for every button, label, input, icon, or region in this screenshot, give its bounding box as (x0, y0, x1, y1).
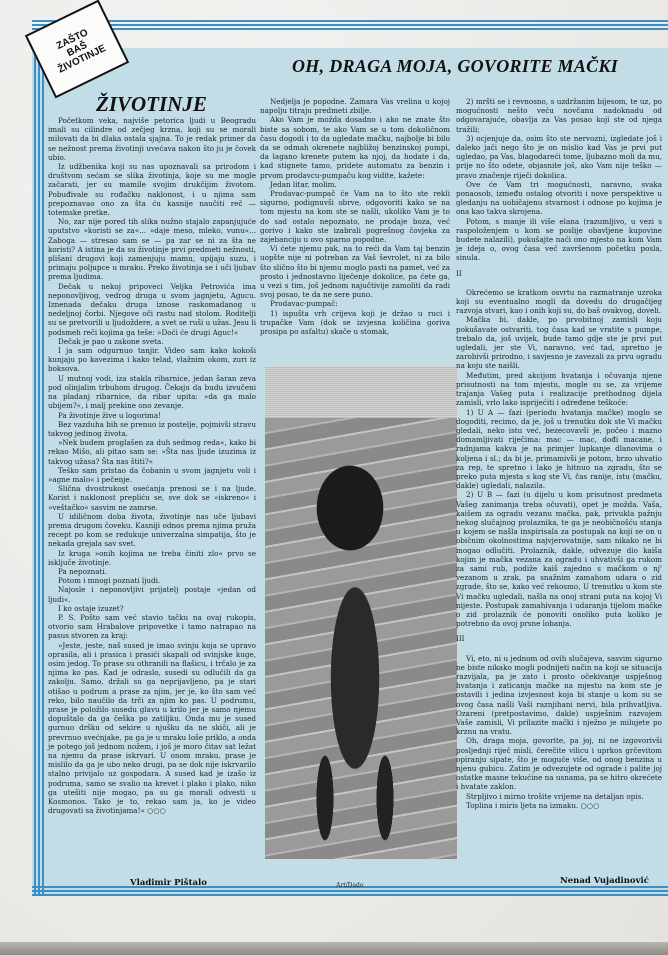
section-number: II (456, 269, 662, 278)
paragraph: Najosle i neponovljivi prijatelj postaje… (48, 585, 256, 603)
paragraph: I ja sam odgurnuo tanjir. Video sam kako… (48, 346, 256, 374)
top-rule (32, 20, 668, 34)
page-bottom-edge (0, 942, 668, 955)
paragraph: Strpljivo i mirno trošite vrijeme na det… (456, 792, 662, 801)
paragraph: Oh, draga moja, govorite, pa joj, ni ne … (456, 736, 662, 791)
paragraph: 1) U A — fazi (periodu hvatanja mačke) m… (456, 408, 662, 491)
paragraph: 3) ocjenjuje da, osim što ste nervozni, … (456, 134, 662, 180)
right-article-body-part1: Nedjelja je popodne. Zamara Vas vrelina … (260, 97, 450, 336)
paragraph: Slična dvostrukost osećanja prenosi se i… (48, 484, 256, 512)
paragraph: »Jeste, jeste, naš sused je imao svinju … (48, 641, 256, 816)
paragraph: Vi ćete njemu pak, na to reći da Vam taj… (260, 244, 450, 299)
section-number: III (456, 634, 662, 643)
photo-credit: Art/Dado (336, 882, 363, 889)
right-article-author: Nenad Vujadinović (560, 876, 649, 886)
right-article-body-part2: 2) mršti se i revnosno, s uzdržanim bije… (456, 97, 662, 810)
dog-photo (265, 366, 457, 859)
paragraph: Teško sam pristao da čobanin u svom jagn… (48, 466, 256, 484)
paragraph: Početkom veka, najviše petorica ljudi u … (48, 116, 256, 162)
left-article-author: Vladimir Pištalo (130, 878, 207, 888)
paragraph: Iz udžbenika koji su nas upoznavali sa p… (48, 162, 256, 217)
paragraph: U idiličnom doba života, životinje nas u… (48, 512, 256, 549)
paragraph: 2) mršti se i revnosno, s uzdržanim bije… (456, 97, 662, 134)
left-rule (34, 44, 44, 896)
paragraph: 1) ispušta vrh crijeva koji je držao u r… (260, 309, 450, 337)
paragraph: Međutim, pred akcijom hvatanja i očuvanj… (456, 371, 662, 408)
paragraph: Iz kruga »onih kojima ne treba činiti zl… (48, 549, 256, 567)
paragraph: Jedan litar, molim. (260, 180, 450, 189)
left-article-title: ŽIVOTINJE (96, 92, 207, 117)
dog-image (265, 418, 457, 859)
paragraph: Potom i mnogi poznati ljudi. (48, 576, 256, 585)
paragraph: I ko ostaje izuzet? (48, 604, 256, 613)
paragraph: Prodavac-pumpač: (260, 299, 450, 308)
paragraph: Mačka bi, dakle, po prvobitnoj zamisli k… (456, 315, 662, 370)
paragraph: Pa životinje žive u logorima! (48, 411, 256, 420)
paragraph: Nedjelja je popodne. Zamara Vas vrelina … (260, 97, 450, 115)
paragraph: Dečak u nekoj pripoveci Veljka Petrovića… (48, 282, 256, 337)
paragraph: P. S. Pošto sam već stavio tačku na ovaj… (48, 613, 256, 641)
paragraph: Prodavac-pumpač će Vam na to što ste rek… (260, 189, 450, 244)
paragraph: »Nek budem proglašen za duh sedmog reda«… (48, 438, 256, 466)
paragraph: Ako Vam je možda dosadno i ako ne znate … (260, 115, 450, 179)
paragraph: Ove će Vam tri mogućnosti, naravno, svak… (456, 180, 662, 217)
paragraph: Okrećemo se kratkom osvrtu na razmatranj… (456, 288, 662, 316)
paragraph: U mutnoj vodi, iza stakla ribarnice, jed… (48, 374, 256, 411)
headline: OH, DRAGA MOJA, GOVORITE MAČKI (292, 56, 662, 77)
paragraph: Pa nepoznati. (48, 567, 256, 576)
photo-halftone-band (265, 366, 457, 418)
paragraph: 2) U B — fazi (u dijelu u kom prisutnost… (456, 490, 662, 628)
paragraph: Potom, s manje ili više elana (razumljiv… (456, 217, 662, 263)
paragraph: Vi, eto, ni u jednom od ovih slučajeva, … (456, 654, 662, 737)
paragraph: No, zar nije pored tih slika nužno staja… (48, 217, 256, 281)
left-article-body: Početkom veka, najviše petorica ljudi u … (48, 116, 256, 815)
paragraph: Bez vazduha bih se prenuo iz postelje, p… (48, 420, 256, 438)
paragraph: Dečak je pao u zakone sveta. (48, 337, 256, 346)
paragraph: Toplina i miris ljeta na izmaku. ○○○ (456, 801, 662, 810)
